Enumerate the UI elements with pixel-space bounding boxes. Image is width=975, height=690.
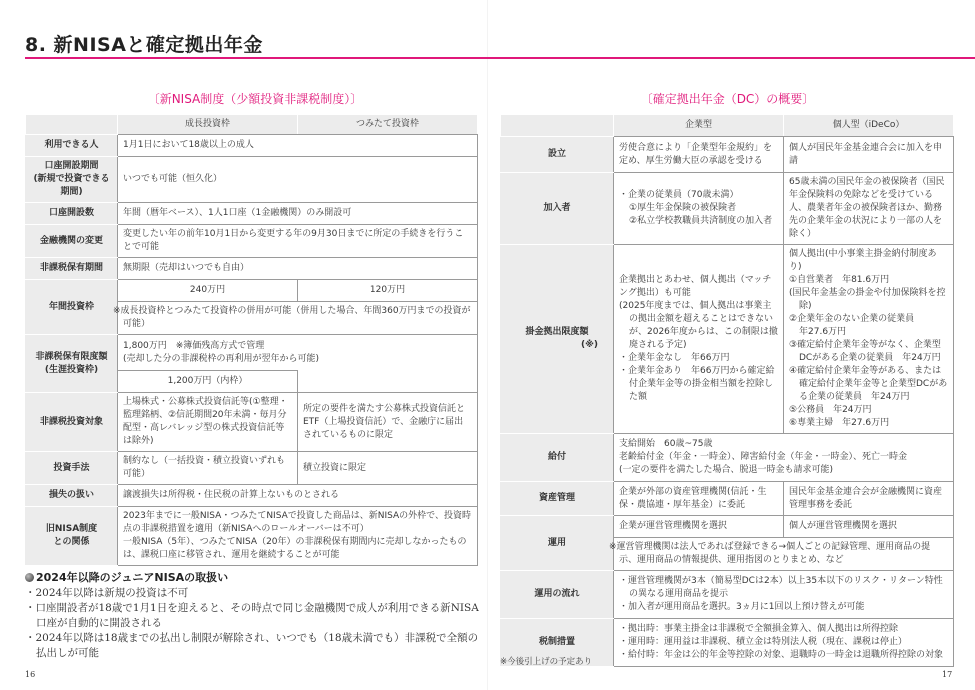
row-label: 損失の扱い: [26, 485, 118, 507]
value-line: ・加入者が運用商品を選択。3ヵ月に1回以上預け替えが可能: [619, 601, 948, 614]
value-line: ⑤公務員 年24万円: [789, 404, 948, 417]
cell-value: 変更したい年の前年10月1日から変更する年の9月30日までに所定の手続きを行うこ…: [118, 225, 478, 258]
left-page-number: 16: [25, 670, 35, 679]
row-label: 給付: [501, 434, 614, 482]
row-label: 非課税投資対象: [26, 393, 118, 452]
row-label: 資産管理: [501, 482, 614, 516]
table-row: 運用 企業が運営管理機関を選択 個人が運営管理機関を選択: [501, 516, 954, 538]
value-line: 企業拠出とあわせ、個人拠出（マッチング拠出）も可能: [619, 274, 778, 300]
value-line: ④確定給付企業年金等がある、または確定給付企業年金等と企業型DCがある企業の従業…: [789, 365, 948, 404]
cell-value: 支給開始 60歳~75歳 老齢給付金（年金・一時金）、障害給付金（年金・一時金）…: [614, 434, 954, 482]
value-line: ②私立学校教職員共済制度の加入者: [619, 215, 778, 228]
col-tsumitate: つみたて投資枠: [298, 115, 478, 135]
table-header-row: 企業型 個人型（iDeCo）: [501, 115, 954, 137]
row-label: 年間投資枠: [26, 280, 118, 335]
value-line: 老齢給付金（年金・一時金）、障害給付金（年金・一時金）、死亡一時金: [619, 451, 948, 464]
table-row: 運用の流れ ・運営管理機関が3本（簡易型DCは2本）以上35本以下のリスク・リタ…: [501, 571, 954, 619]
table-row: 資産管理 企業が外部の資産管理機関(信託・生保・農協連・厚年基金）に委託 国民年…: [501, 482, 954, 516]
corner-cell: [26, 115, 118, 135]
table-row: 金融機関の変更 変更したい年の前年10月1日から変更する年の9月30日までに所定…: [26, 225, 478, 258]
cell-value: ・運営管理機関が3本（簡易型DCは2本）以上35本以下のリスク・リターン特性の異…: [614, 571, 954, 619]
cell-growth: 1,200万円（内枠）: [118, 371, 298, 393]
row-label: 金融機関の変更: [26, 225, 118, 258]
label-line: との関係: [31, 536, 112, 549]
table-row: 非課税保有限度額 (生涯投資枠) 1,800万円 ※簿価残高方式で管理 (売却し…: [26, 335, 478, 371]
cell-value: 無期限（売却はいつでも自由）: [118, 258, 478, 280]
list-item: ・2024年以降は18歳までの払出し制限が解除され、いつでも（18歳未満でも）非…: [25, 631, 480, 661]
cell-growth: 制約なし（一括投資・積立投資いずれも可能）: [118, 452, 298, 485]
row-label: 投資手法: [26, 452, 118, 485]
dc-table: 企業型 個人型（iDeCo） 設立 労使合意により「企業型年金規約」を定め、厚生…: [500, 114, 954, 667]
value-line: 一般NISA（5年）、つみたてNISA（20年）の非課税保有期間内に売却しなかっ…: [123, 536, 472, 562]
cell-individual: 個人が国民年金基金連合会に加入を申請: [784, 137, 954, 173]
value-line: ⑥専業主婦 年27.6万円: [789, 417, 948, 430]
row-label: 旧NISA制度 との関係: [26, 507, 118, 566]
row-label: 利用できる人: [26, 135, 118, 157]
cell-corporate: ・企業の従業員（70歳未満） ①厚生年金保険の被保険者 ②私立学校教職員共済制度…: [614, 173, 784, 245]
title-underline: [25, 57, 975, 59]
list-item: ・2024年以降は新規の投資は不可: [25, 586, 480, 601]
value-line: 個人拠出(中小事業主掛金納付制度あり): [789, 248, 948, 274]
dc-heading: 〔確定拠出年金（DC）の概要〕: [500, 90, 955, 107]
cell-value: ・拠出時：事業主掛金は非課税で全額損金算入、個人拠出は所得控除 ・運用時：運用益…: [614, 619, 954, 667]
table-row: 利用できる人 1月1日において18歳以上の成人: [26, 135, 478, 157]
value-line: (売却した分の非課税枠の再利用が翌年から可能): [123, 353, 472, 366]
value-line: ①自営業者 年81.6万円: [789, 274, 948, 287]
col-corporate: 企業型: [614, 115, 784, 137]
value-line: (一定の要件を満たした場合、脱退一時金も請求可能): [619, 464, 948, 477]
corner-cell: [501, 115, 614, 137]
value-line: ・企業年金なし 年66万円: [619, 352, 778, 365]
list-item: ・口座開設者が18歳で1月1日を迎えると、その時点で同じ金融機関で成人が利用でき…: [25, 601, 480, 631]
value-line: (2025年度までは、個人拠出は事業主の拠出金額を超えることはできないが、202…: [619, 300, 778, 352]
table-row: 投資手法 制約なし（一括投資・積立投資いずれも可能） 積立投資に限定: [26, 452, 478, 485]
value-line: ③確定給付企業年金等がなく、企業型DCがある企業の従業員 年24万円: [789, 339, 948, 365]
label-note: (※): [506, 339, 608, 352]
value-line: 年27.6万円: [789, 326, 948, 339]
row-label: 設立: [501, 137, 614, 173]
table-row: 旧NISA制度 との関係 2023年までに一般NISA・つみたてNISAで投資し…: [26, 507, 478, 566]
label-line: 掛金拠出限度額: [506, 326, 608, 339]
value-line: ①厚生年金保険の被保険者: [619, 202, 778, 215]
label-line: 非課税保有限度額: [31, 351, 112, 364]
row-label: 掛金拠出限度額 (※): [501, 245, 614, 434]
cell-individual: 65歳未満の国民年金の被保険者（国民年金保険料の免除などを受けている人、農業者年…: [784, 173, 954, 245]
cell-value: 1月1日において18歳以上の成人: [118, 135, 478, 157]
value-line: ・企業年金あり 年66万円から確定給付企業年金等の掛金相当額を控除した額: [619, 365, 778, 404]
junior-nisa-heading: 2024年以降のジュニアNISAの取扱い: [25, 569, 228, 585]
cell-individual: 国民年金基金連合会が金融機関に資産管理事務を委託: [784, 482, 954, 516]
table-header-row: 成長投資枠 つみたて投資枠: [26, 115, 478, 135]
value-line: ②企業年金のない企業の従業員: [789, 313, 948, 326]
label-line: 口座開設期間: [31, 160, 112, 173]
cell-tsumitate: 120万円: [298, 280, 478, 302]
bullet-circle-icon: [25, 573, 34, 582]
label-line: 旧NISA制度: [31, 523, 112, 536]
nisa-heading: 〔新NISA制度（少額投資非課税制度）〕: [25, 90, 485, 107]
value-line: ・運営管理機関が3本（簡易型DCは2本）以上35本以下のリスク・リターン特性の異…: [619, 575, 948, 601]
label-line: (生涯投資枠): [31, 364, 112, 377]
row-label: 加入者: [501, 173, 614, 245]
cell-note: ※成長投資枠とつみたて投資枠の併用が可能（併用した場合、年間360万円までの投資…: [118, 302, 478, 335]
table-row: 掛金拠出限度額 (※) 企業拠出とあわせ、個人拠出（マッチング拠出）も可能 (2…: [501, 245, 954, 434]
col-growth: 成長投資枠: [118, 115, 298, 135]
cell-value: 年間（暦年ベース）、1人1口座（1金融機関）のみ開設可: [118, 203, 478, 225]
cell-corporate: 企業が運営管理機関を選択: [614, 516, 784, 538]
right-page-number: 17: [942, 670, 952, 679]
page-title: 8. 新NISAと確定拠出年金: [25, 30, 263, 57]
row-label: 口座開設数: [26, 203, 118, 225]
cell-individual: 個人が運営管理機関を選択: [784, 516, 954, 538]
cell-value: 譲渡損失は所得税・住民税の計算上ないものとされる: [118, 485, 478, 507]
cell-note: ※運営管理機関は法人であれば登録できる→個人ごとの記録管理、運用商品の提示、運用…: [614, 538, 954, 571]
table-row: 非課税投資対象 上場株式・公募株式投資信託等(①整理・監理銘柄、②信託期間20年…: [26, 393, 478, 452]
cell-individual: 個人拠出(中小事業主掛金納付制度あり) ①自営業者 年81.6万円 (国民年金基…: [784, 245, 954, 434]
cell-tsumitate: 積立投資に限定: [298, 452, 478, 485]
value-line: (国民年金基金の掛金や付加保険料を控除): [789, 287, 948, 313]
value-line: ・運用時：運用益は非課税、積立金は特別法人税（現在、課税は停止）: [619, 636, 948, 649]
cell-corporate: 企業が外部の資産管理機関(信託・生保・農協連・厚年基金）に委託: [614, 482, 784, 516]
row-label: 口座開設期間 (新規で投資できる期間): [26, 157, 118, 203]
table-row: 給付 支給開始 60歳~75歳 老齢給付金（年金・一時金）、障害給付金（年金・一…: [501, 434, 954, 482]
junior-heading-text: 2024年以降のジュニアNISAの取扱い: [36, 571, 228, 584]
label-line: (新規で投資できる期間): [31, 173, 112, 199]
cell-tsumitate: 所定の要件を満たす公募株式投資信託とETF（上場投資信託）で、金融庁に届出されて…: [298, 393, 478, 452]
cell-corporate: 労使合意により「企業型年金規約」を定め、厚生労働大臣の承認を受ける: [614, 137, 784, 173]
cell-corporate: 企業拠出とあわせ、個人拠出（マッチング拠出）も可能 (2025年度までは、個人拠…: [614, 245, 784, 434]
value-line: ・企業の従業員（70歳未満）: [619, 189, 778, 202]
cell-value: 1,800万円 ※簿価残高方式で管理 (売却した分の非課税枠の再利用が翌年から可…: [118, 335, 478, 371]
table-row: 加入者 ・企業の従業員（70歳未満） ①厚生年金保険の被保険者 ②私立学校教職員…: [501, 173, 954, 245]
table-row: 口座開設数 年間（暦年ベース）、1人1口座（1金融機関）のみ開設可: [26, 203, 478, 225]
value-line: 2023年までに一般NISA・つみたてNISAで投資した商品は、新NISAの外枠…: [123, 510, 472, 536]
row-label: 運用の流れ: [501, 571, 614, 619]
row-label: 非課税保有期間: [26, 258, 118, 280]
row-label: 運用: [501, 516, 614, 571]
table-row: 損失の扱い 譲渡損失は所得税・住民税の計算上ないものとされる: [26, 485, 478, 507]
value-line: ・給付時：年金は公的年金等控除の対象、退職時の一時金は退職所得控除の対象: [619, 649, 948, 662]
cell-value: いつでも可能（恒久化）: [118, 157, 478, 203]
table-row: 口座開設期間 (新規で投資できる期間) いつでも可能（恒久化）: [26, 157, 478, 203]
cell-value: 2023年までに一般NISA・つみたてNISAで投資した商品は、新NISAの外枠…: [118, 507, 478, 566]
cell-growth: 240万円: [118, 280, 298, 302]
table-row: 非課税保有期間 無期限（売却はいつでも自由）: [26, 258, 478, 280]
nisa-table: 成長投資枠 つみたて投資枠 利用できる人 1月1日において18歳以上の成人 口座…: [25, 114, 478, 566]
value-line: ・拠出時：事業主掛金は非課税で全額損金算入、個人拠出は所得控除: [619, 623, 948, 636]
col-individual: 個人型（iDeCo）: [784, 115, 954, 137]
cell-empty: [298, 371, 478, 393]
dc-footnote: ※今後引上げの予定あり: [500, 655, 592, 667]
junior-nisa-list: ・2024年以降は新規の投資は不可 ・口座開設者が18歳で1月1日を迎えると、そ…: [25, 586, 480, 661]
value-line: 支給開始 60歳~75歳: [619, 438, 948, 451]
row-label: 非課税保有限度額 (生涯投資枠): [26, 335, 118, 393]
cell-growth: 上場株式・公募株式投資信託等(①整理・監理銘柄、②信託期間20年未満・毎月分配型…: [118, 393, 298, 452]
value-line: 1,800万円 ※簿価残高方式で管理: [123, 340, 472, 353]
table-row: 年間投資枠 240万円 120万円: [26, 280, 478, 302]
page-gutter: [487, 0, 488, 690]
table-row: 設立 労使合意により「企業型年金規約」を定め、厚生労働大臣の承認を受ける 個人が…: [501, 137, 954, 173]
